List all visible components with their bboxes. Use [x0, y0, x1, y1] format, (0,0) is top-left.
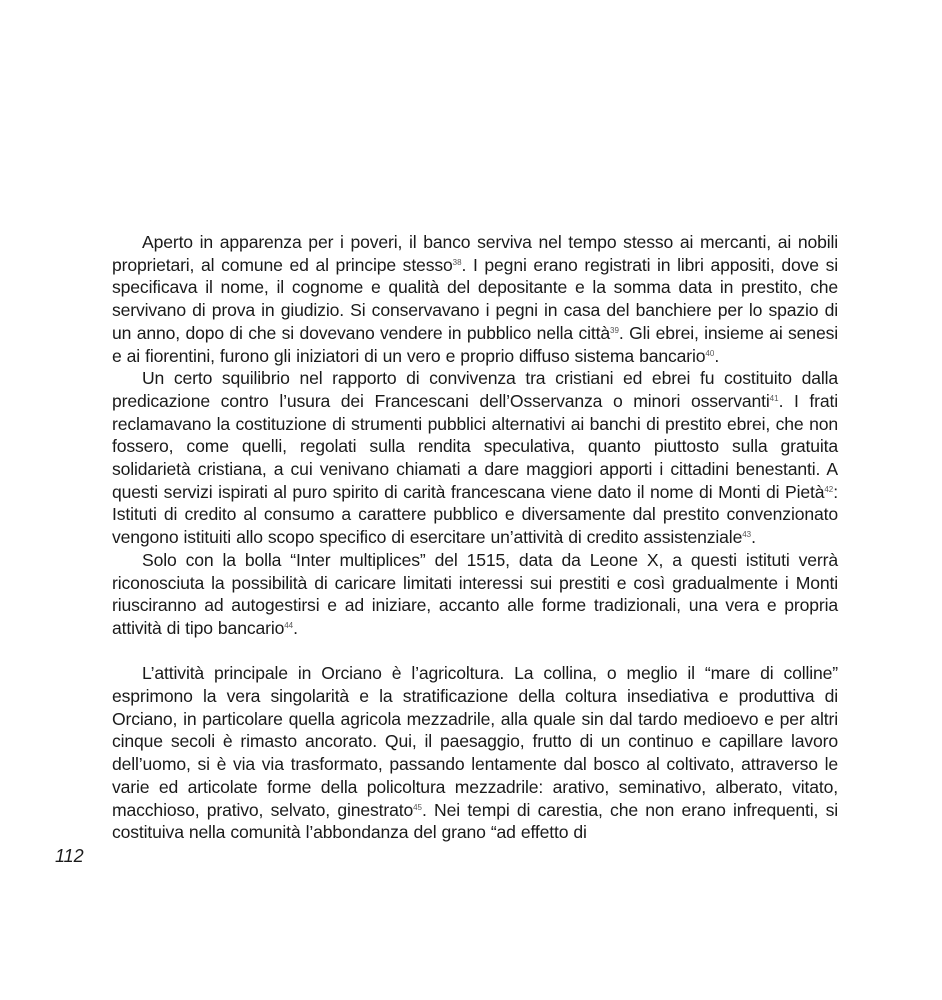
- footnote-ref: 45: [413, 803, 422, 812]
- paragraph: Solo con la bolla “Inter multiplices” de…: [112, 549, 838, 640]
- footnote-ref: 40: [705, 349, 714, 358]
- footnote-ref: 43: [742, 530, 751, 539]
- footnote-ref: 39: [610, 326, 619, 335]
- paragraph: Aperto in apparenza per i poveri, il ban…: [112, 231, 838, 367]
- footnote-ref: 38: [453, 258, 462, 267]
- text-run: .: [751, 527, 756, 547]
- body-text: Aperto in apparenza per i poveri, il ban…: [112, 231, 838, 844]
- text-run: L’attività principale in Orciano è l’agr…: [112, 663, 838, 819]
- text-run: Un certo squilibrio nel rapporto di conv…: [112, 368, 838, 411]
- text-run: .: [293, 618, 298, 638]
- paragraph: Un certo squilibrio nel rapporto di conv…: [112, 367, 838, 549]
- footnote-ref: 42: [824, 485, 833, 494]
- footnote-ref: 41: [770, 394, 779, 403]
- footnote-ref: 44: [284, 621, 293, 630]
- text-run: Solo con la bolla “Inter multiplices” de…: [112, 550, 838, 638]
- text-run: .: [714, 346, 719, 366]
- page-number: 112: [55, 846, 84, 867]
- paragraph: L’attività principale in Orciano è l’agr…: [112, 662, 838, 844]
